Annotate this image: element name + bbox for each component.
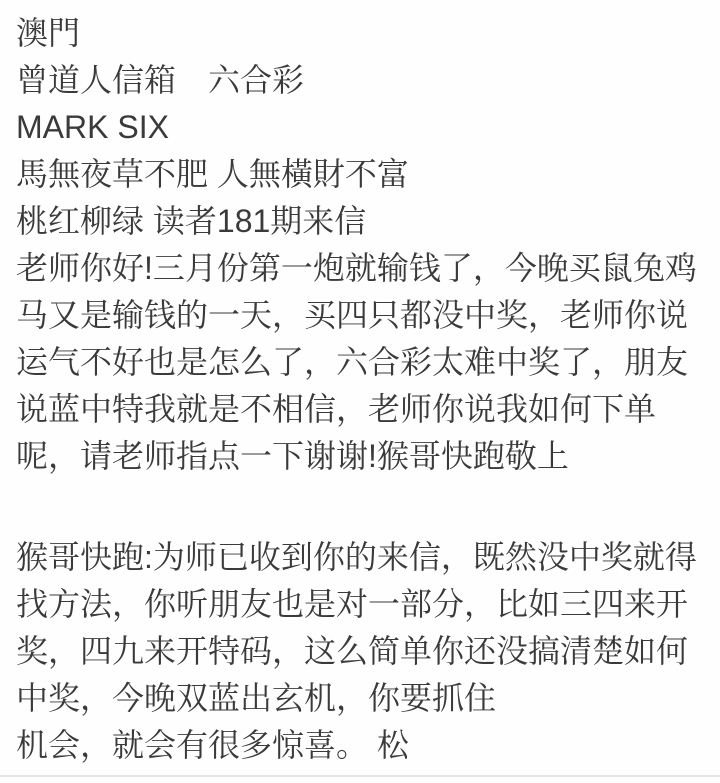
paragraph-gap	[16, 480, 716, 534]
reader-letter-line: 呢，请老师指点一下谢谢!猴哥快跑敬上	[16, 433, 716, 480]
reader-letter-line: 老师你好!三月份第一炮就输钱了，今晚买鼠兔鸡	[16, 245, 716, 292]
article-page: 澳門 曾道人信箱 六合彩 MARK SIX 馬無夜草不肥 人無橫財不富 桃红柳绿…	[0, 0, 720, 783]
reader-letter-line: 马又是输钱的一天，买四只都没中奖，老师你说	[16, 292, 716, 339]
reply-paragraph: 猴哥快跑:为师已收到你的来信，既然没中奖就得 找方法，你听朋友也是对一部分，比如…	[16, 534, 716, 769]
issue-heading-line: 桃红柳绿 读者181期来信	[16, 198, 716, 245]
bottom-divider	[0, 775, 720, 777]
motto-line: 馬無夜草不肥 人無橫財不富	[16, 151, 716, 198]
column-title-line: 曾道人信箱 六合彩	[16, 57, 716, 104]
reader-letter-paragraph: 老师你好!三月份第一炮就输钱了，今晚买鼠兔鸡 马又是输钱的一天，买四只都没中奖，…	[16, 245, 716, 480]
reply-line: 机会，就会有很多惊喜。 松	[16, 722, 716, 769]
reader-letter-line: 运气不好也是怎么了，六合彩太难中奖了，朋友	[16, 339, 716, 386]
column-title-en-line: MARK SIX	[16, 104, 716, 151]
region-line: 澳門	[16, 10, 716, 57]
reply-line: 找方法，你听朋友也是对一部分，比如三四来开	[16, 581, 716, 628]
reader-letter-line: 说蓝中特我就是不相信，老师你说我如何下单	[16, 386, 716, 433]
article-text-block: 澳門 曾道人信箱 六合彩 MARK SIX 馬無夜草不肥 人無橫財不富 桃红柳绿…	[16, 10, 716, 769]
reply-line: 中奖，今晚双蓝出玄机，你要抓住	[16, 675, 716, 722]
reply-line: 奖，四九来开特码，这么简单你还没搞清楚如何	[16, 628, 716, 675]
reply-line: 猴哥快跑:为师已收到你的来信，既然没中奖就得	[16, 534, 716, 581]
